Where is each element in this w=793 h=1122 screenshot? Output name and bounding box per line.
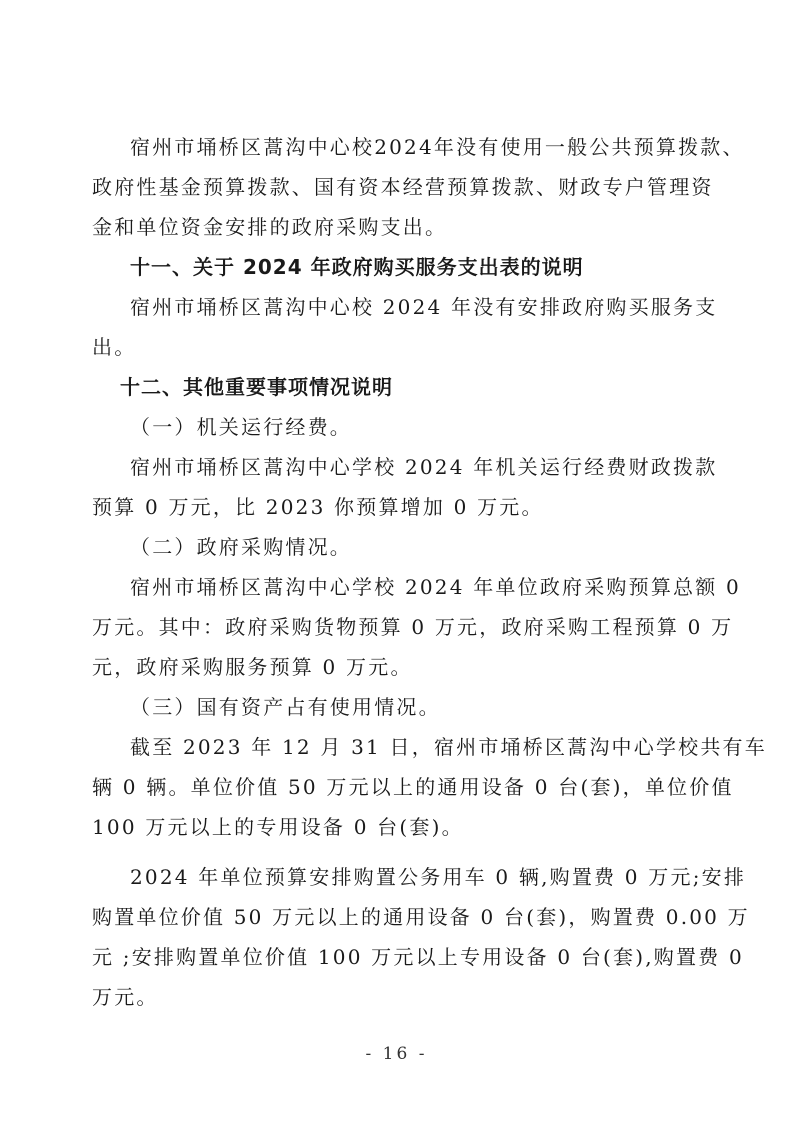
paragraph-line: 出。 [92,332,136,362]
section-heading-12: 十二、其他重要事项情况说明 [120,372,393,402]
subsection-heading-1: （一）机关运行经费。 [130,412,352,442]
section-heading-11: 十一、关于 2024 年政府购买服务支出表的说明 [130,252,584,282]
page-number: - 16 - [0,1044,793,1064]
paragraph-line: 元，政府采购服务预算 0 万元。 [92,652,413,682]
paragraph-line: 宿州市埇桥区蒿沟中心校2024年没有使用一般公共预算拨款、 [130,132,745,162]
paragraph-line: 辆 0 辆。单位价值 50 万元以上的通用设备 0 台(套)，单位价值 [92,772,734,802]
subsection-heading-2: （二）政府采购情况。 [130,532,352,562]
paragraph-line: 元 ;安排购置单位价值 100 万元以上专用设备 0 台(套),购置费 0 [92,942,744,972]
paragraph-line: 截至 2023 年 12 月 31 日，宿州市埇桥区蒿沟中心学校共有车 [130,732,767,762]
paragraph-line: 宿州市埇桥区蒿沟中心校 2024 年没有安排政府购买服务支 [130,292,717,322]
paragraph-line: 万元。其中：政府采购货物预算 0 万元，政府采购工程预算 0 万 [92,612,733,642]
paragraph-line: 政府性基金预算拨款、国有资本经营预算拨款、财政专户管理资 [92,172,714,202]
paragraph-line: 100 万元以上的专用设备 0 台(套)。 [92,812,464,842]
paragraph-line: 金和单位资金安排的政府采购支出。 [92,212,447,242]
paragraph-line: 万元。 [92,982,159,1012]
paragraph-line: 预算 0 万元，比 2023 你预算增加 0 万元。 [92,492,544,522]
paragraph-line: 购置单位价值 50 万元以上的通用设备 0 台(套)，购置费 0.00 万 [92,902,750,932]
paragraph-line: 宿州市埇桥区蒿沟中心学校 2024 年机关运行经费财政拨款 [130,452,717,482]
paragraph-line: 宿州市埇桥区蒿沟中心学校 2024 年单位政府采购预算总额 0 [130,572,741,602]
paragraph-line: 2024 年单位预算安排购置公务用车 0 辆,购置费 0 万元;安排 [130,862,746,892]
subsection-heading-3: （三）国有资产占有使用情况。 [130,692,441,722]
